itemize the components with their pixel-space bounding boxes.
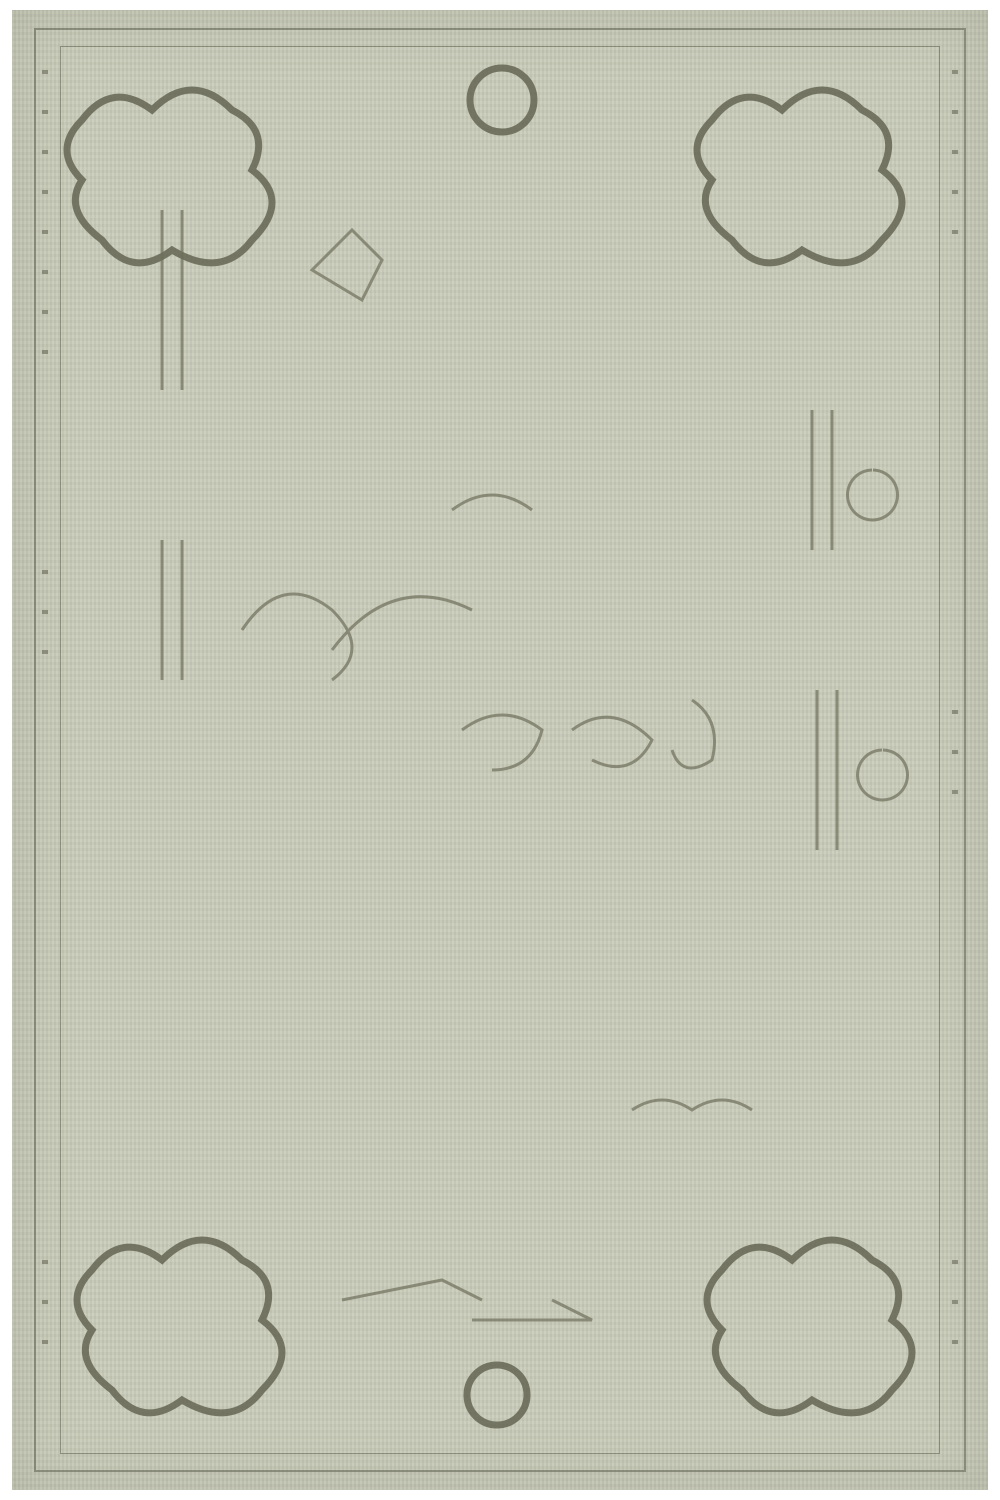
rug [12, 10, 988, 1490]
rug-motifs [12, 10, 988, 1490]
